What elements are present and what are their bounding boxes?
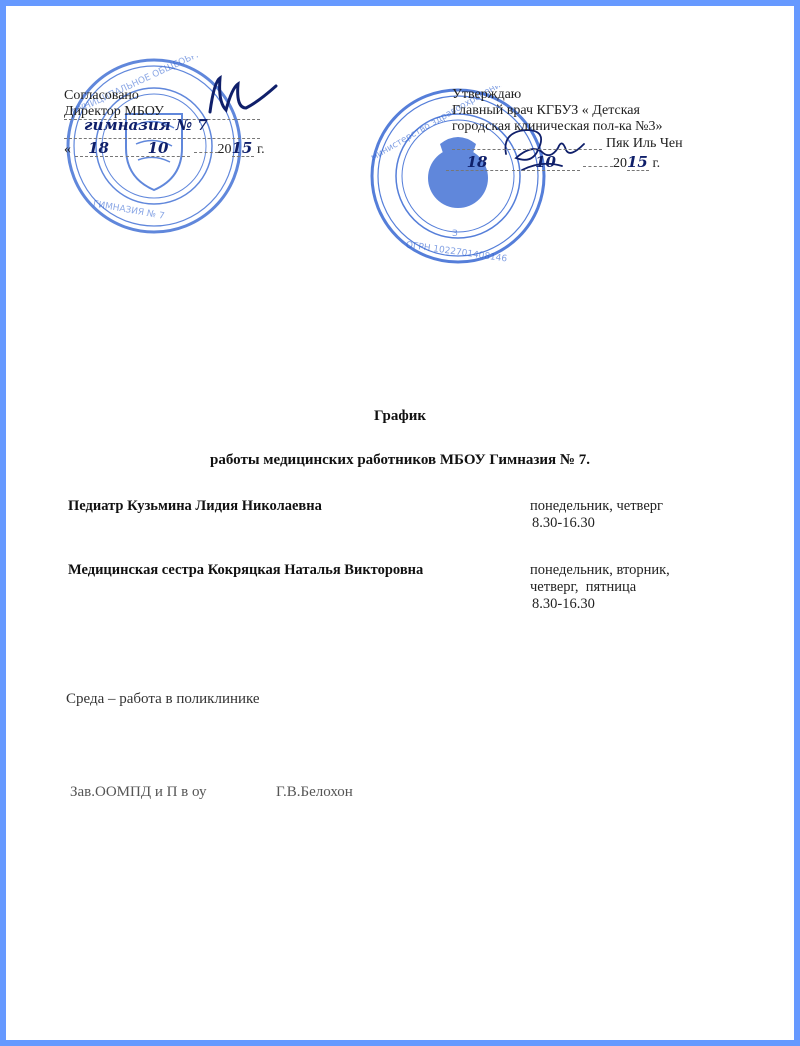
left-date-quote: « (64, 142, 71, 157)
right-date-suffix: г. (653, 156, 661, 171)
left-date-year-prefix: 20 (218, 142, 232, 157)
staff-schedule-nurse: понедельник, вторник, четверг, пятница 8… (530, 562, 670, 613)
footer-name: Г.В.Белохон (276, 784, 353, 801)
right-date: 18 10 2015 г. (446, 154, 660, 172)
wednesday-note: Среда – работа в поликлинике (66, 691, 260, 708)
right-signature-line (452, 148, 602, 150)
svg-text:ГИМНАЗИЯ № 7: ГИМНАЗИЯ № 7 (92, 199, 165, 221)
left-date-spacer (194, 152, 218, 153)
left-date-year-suffix: 15 (232, 140, 254, 157)
left-date-month: 10 (126, 140, 190, 157)
right-heading: Утверждаю (452, 87, 521, 103)
right-date-day: 18 (446, 154, 508, 171)
left-date-day: 18 (75, 140, 123, 157)
staff-row-nurse: Медицинская сестра Кокряцкая Наталья Вик… (68, 562, 423, 579)
right-name: Пяк Иль Чен (606, 136, 683, 152)
staff-days: понедельник, четверг (530, 498, 663, 515)
right-position-line2: городская клиническая пол-ка №3» (452, 119, 663, 135)
staff-hours: 8.30-16.30 (530, 596, 670, 613)
staff-schedule-pediatrician: понедельник, четверг 8.30-16.30 (530, 498, 663, 532)
staff-role: Медицинская сестра (68, 562, 204, 578)
right-date-year-suffix: 15 (627, 154, 649, 171)
footer-position: Зав.ООМПД и П в оу (70, 784, 206, 801)
staff-row-pediatrician: Педиатр Кузьмина Лидия Николаевна (68, 498, 322, 515)
left-heading: Согласовано (64, 88, 139, 104)
document-subtitle: работы медицинских работников МБОУ Гимна… (6, 452, 794, 469)
director-signature-icon (202, 72, 282, 122)
right-date-spacer (583, 166, 613, 167)
document-title: График (6, 408, 794, 425)
staff-hours: 8.30-16.30 (530, 515, 663, 532)
left-date: « 18 10 2015 г. (64, 140, 265, 158)
left-handwritten-org: гимназия № 7 (84, 116, 208, 134)
right-position-line1: Главный врач КГБУЗ « Детская (452, 103, 640, 119)
staff-days-line1: понедельник, вторник, (530, 562, 670, 579)
left-date-suffix: г. (257, 142, 265, 157)
staff-days-line2: четверг, пятница (530, 579, 670, 596)
right-date-month: 10 (512, 154, 580, 171)
svg-text:З: З (452, 229, 458, 239)
staff-role: Педиатр (68, 498, 123, 514)
staff-name: Кокряцкая Наталья Викторовна (208, 562, 424, 578)
staff-name: Кузьмина Лидия Николаевна (127, 498, 322, 514)
document-page: МУНИЦИПАЛЬНОЕ ОБЩЕОБРАЗОВАТЕЛЬНОЕ ГИМНАЗ… (6, 6, 794, 1040)
right-date-year-prefix: 20 (613, 156, 627, 171)
